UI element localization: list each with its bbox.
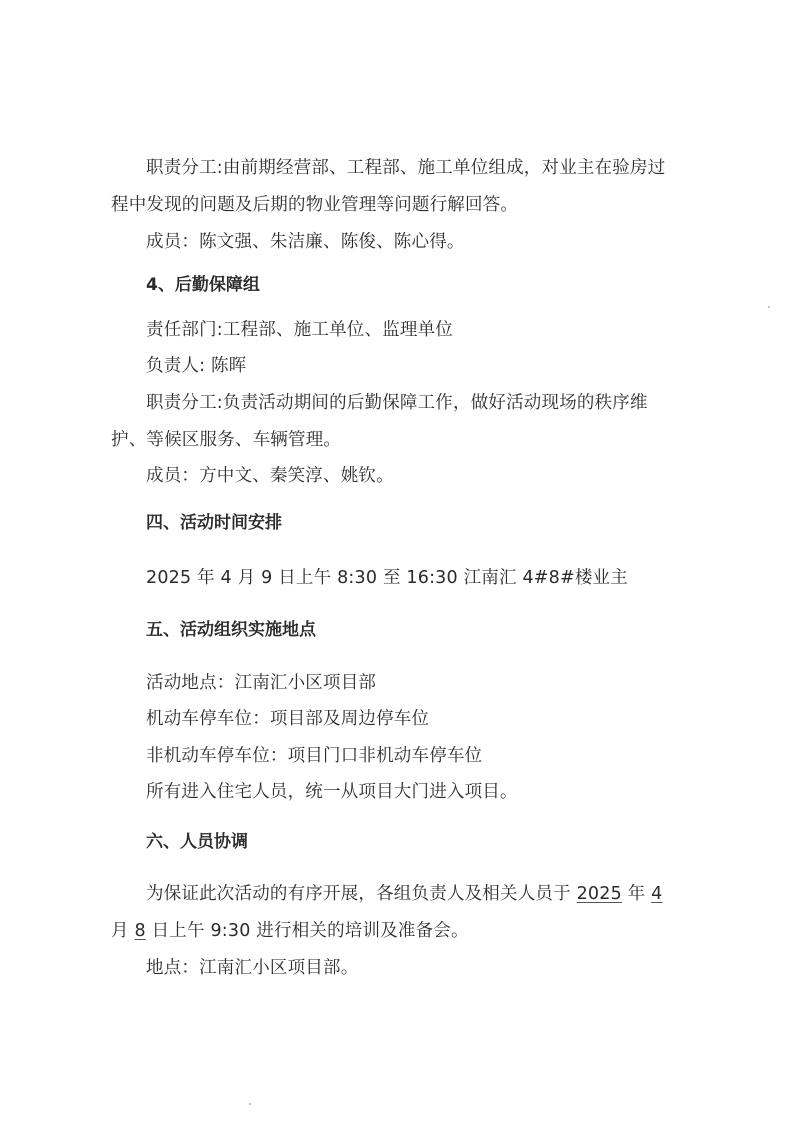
underlined-day: 8 xyxy=(134,921,145,941)
document-page: 职责分工:由前期经营部、工程部、施工单位组成，对业主在验房过 程中发现的问题及后… xyxy=(0,0,793,1121)
members-text: 成员：陈文强、朱洁廉、陈俊、陈心得。 xyxy=(146,230,465,254)
schedule-text: 2025 年 4 月 9 日上午 8:30 至 16:30 江南汇 4#8#楼业… xyxy=(146,566,628,590)
coordination-text-line: 为保证此次活动的有序开展，各组负责人及相关人员于 2025 年 4 xyxy=(146,882,662,906)
section-heading-schedule: 四、活动时间安排 xyxy=(146,511,282,535)
leader-text: 负责人: 陈晖 xyxy=(146,354,246,378)
duty-text-line: 护、等候区服务、车辆管理。 xyxy=(111,428,341,452)
nonmotor-parking-text: 非机动车停车位：项目门口非机动车停车位 xyxy=(146,744,482,768)
section-heading-logistics: 4、后勤保障组 xyxy=(146,273,260,297)
motor-parking-text: 机动车停车位：项目部及周边停车位 xyxy=(146,707,429,731)
entry-note-text: 所有进入住宅人员，统一从项目大门进入项目。 xyxy=(146,780,518,804)
duty-text-line: 程中发现的问题及后期的物业管理等问题行解回答。 xyxy=(111,193,518,217)
underlined-year: 2025 xyxy=(577,884,622,904)
venue-text: 活动地点：江南汇小区项目部 xyxy=(146,671,376,695)
duty-text-line: 职责分工:由前期经营部、工程部、施工单位组成，对业主在验房过 xyxy=(146,156,665,180)
year-unit: 年 xyxy=(622,884,651,904)
coordination-prefix: 为保证此次活动的有序开展，各组负责人及相关人员于 xyxy=(146,884,577,904)
month-unit: 月 xyxy=(111,921,134,941)
scan-speck xyxy=(768,306,770,308)
duty-text-line: 职责分工:负责活动期间的后勤保障工作，做好活动现场的秩序维 xyxy=(146,391,648,415)
coordination-suffix: 日上午 9:30 进行相关的培训及准备会。 xyxy=(146,921,469,941)
section-heading-location: 五、活动组织实施地点 xyxy=(146,618,316,642)
scan-speck xyxy=(249,1103,251,1105)
coordination-text-line: 月 8 日上午 9:30 进行相关的培训及准备会。 xyxy=(111,919,469,943)
section-heading-coordination: 六、人员协调 xyxy=(146,830,248,854)
department-text: 责任部门:工程部、施工单位、监理单位 xyxy=(146,318,453,342)
meeting-place-text: 地点：江南汇小区项目部。 xyxy=(146,956,358,980)
underlined-month: 4 xyxy=(651,884,662,904)
members-text: 成员：方中文、秦笑淳、姚钦。 xyxy=(146,464,394,488)
